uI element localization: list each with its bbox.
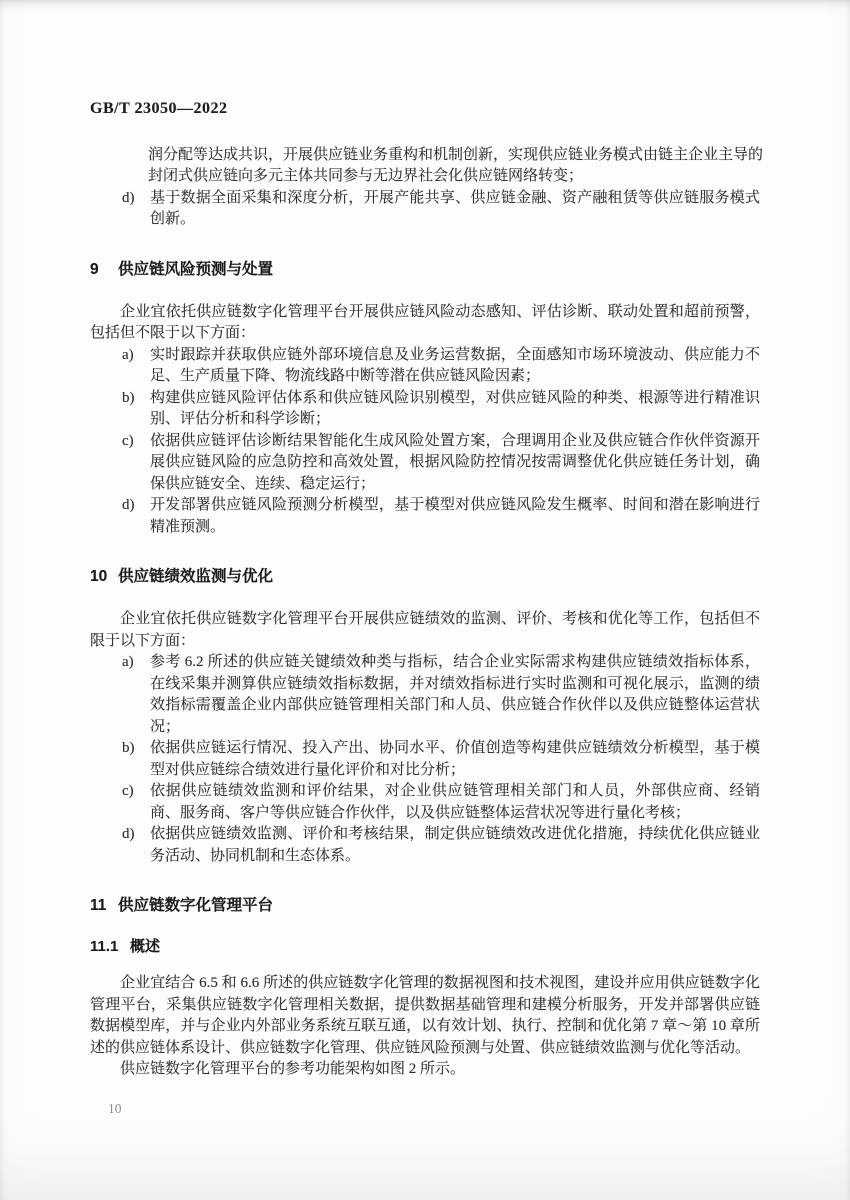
list-marker: a) bbox=[122, 652, 150, 674]
document-page: GB/T 23050—2022 润分配等达成共识，开展供应链业务重构和机制创新，… bbox=[0, 0, 850, 1200]
section-9-intro: 企业宜依托供应链数字化管理平台开展供应链风险动态感知、评估诊断、联动处置和超前预… bbox=[90, 302, 760, 345]
subsection-paragraph: 供应链数字化管理平台的参考功能架构如图 2 所示。 bbox=[90, 1059, 760, 1081]
list-item: d) 依据供应链绩效监测、评价和考核结果，制定供应链绩效改进优化措施，持续优化供… bbox=[122, 824, 760, 867]
list-text: 实时跟踪并获取供应链外部环境信息及业务运营数据，全面感知市场环境波动、供应能力不… bbox=[150, 345, 760, 388]
section-title: 供应链数字化管理平台 bbox=[118, 897, 273, 914]
list-item: a) 参考 6.2 所述的供应链关键绩效种类与指标，结合企业实际需求构建供应链绩… bbox=[122, 652, 760, 738]
subsection-title: 概述 bbox=[130, 938, 160, 955]
list-item: d) 开发部署供应链风险预测分析模型，基于模型对供应链风险发生概率、时间和潜在影… bbox=[122, 495, 760, 538]
list-marker: b) bbox=[122, 388, 150, 410]
list-marker: d) bbox=[122, 824, 150, 846]
list-text: 依据供应链评估诊断结果智能化生成风险处置方案，合理调用企业及供应链合作伙伴资源开… bbox=[150, 431, 760, 496]
section-number: 9 bbox=[90, 259, 118, 280]
list-item: b) 依据供应链运行情况、投入产出、协同水平、价值创造等构建供应链绩效分析模型，… bbox=[122, 738, 760, 781]
section-heading-10: 10供应链绩效监测与优化 bbox=[90, 566, 760, 587]
page-content: GB/T 23050—2022 润分配等达成共识，开展供应链业务重构和机制创新，… bbox=[90, 98, 760, 1081]
section-title: 供应链风险预测与处置 bbox=[118, 261, 273, 278]
subsection-number: 11.1 bbox=[90, 936, 130, 957]
section-number: 10 bbox=[90, 566, 118, 587]
list-text: 依据供应链绩效监测、评价和考核结果，制定供应链绩效改进优化措施，持续优化供应链业… bbox=[150, 824, 760, 867]
list-marker: c) bbox=[122, 781, 150, 803]
section-heading-9: 9供应链风险预测与处置 bbox=[90, 259, 760, 280]
doc-code-header: GB/T 23050—2022 bbox=[90, 98, 760, 120]
list-text: 依据供应链绩效监测和评价结果，对企业供应链管理相关部门和人员，外部供应商、经销商… bbox=[150, 781, 760, 824]
list-item: c) 依据供应链绩效监测和评价结果，对企业供应链管理相关部门和人员，外部供应商、… bbox=[122, 781, 760, 824]
section-number: 11 bbox=[90, 895, 118, 916]
list-text: 构建供应链风险评估体系和供应链风险识别模型，对供应链风险的种类、根源等进行精准识… bbox=[150, 388, 760, 431]
list-item: c) 依据供应链评估诊断结果智能化生成风险处置方案，合理调用企业及供应链合作伙伴… bbox=[122, 431, 760, 496]
carryover-paragraph: 润分配等达成共识，开展供应链业务重构和机制创新，实现供应链业务模式由链主企业主导… bbox=[148, 145, 763, 188]
section-10-intro: 企业宜依托供应链数字化管理平台开展供应链绩效的监测、评价、考核和优化等工作，包括… bbox=[90, 609, 760, 652]
list-text: 开发部署供应链风险预测分析模型，基于模型对供应链风险发生概率、时间和潜在影响进行… bbox=[150, 495, 760, 538]
list-marker: a) bbox=[122, 345, 150, 367]
list-marker: b) bbox=[122, 738, 150, 760]
subsection-paragraph: 企业宜结合 6.5 和 6.6 所述的供应链数字化管理的数据视图和技术视图，建设… bbox=[90, 973, 760, 1059]
page-number: 10 bbox=[108, 1101, 122, 1117]
section-title: 供应链绩效监测与优化 bbox=[118, 568, 273, 585]
section-heading-11: 11供应链数字化管理平台 bbox=[90, 895, 760, 916]
list-item: d) 基于数据全面采集和深度分析，开展产能共享、供应链金融、资产融租赁等供应链服… bbox=[122, 188, 760, 231]
list-text: 依据供应链运行情况、投入产出、协同水平、价值创造等构建供应链绩效分析模型，基于模… bbox=[150, 738, 760, 781]
list-text: 参考 6.2 所述的供应链关键绩效种类与指标，结合企业实际需求构建供应链绩效指标… bbox=[150, 652, 760, 738]
list-marker: d) bbox=[122, 188, 150, 210]
subsection-heading-11-1: 11.1概述 bbox=[90, 936, 760, 957]
list-text: 基于数据全面采集和深度分析，开展产能共享、供应链金融、资产融租赁等供应链服务模式… bbox=[150, 188, 760, 231]
list-marker: c) bbox=[122, 431, 150, 453]
list-item: b) 构建供应链风险评估体系和供应链风险识别模型，对供应链风险的种类、根源等进行… bbox=[122, 388, 760, 431]
list-marker: d) bbox=[122, 495, 150, 517]
list-item: a) 实时跟踪并获取供应链外部环境信息及业务运营数据，全面感知市场环境波动、供应… bbox=[122, 345, 760, 388]
